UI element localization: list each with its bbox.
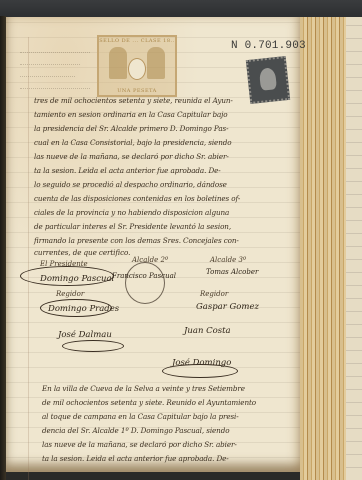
body-line: tamiento en sesion ordinaria en la Casa … xyxy=(34,110,228,119)
body-line: las nueve de la mañana, se declaró por d… xyxy=(34,152,229,161)
body-line: firmando la presente con los demas Sres.… xyxy=(34,236,239,245)
postage-stamp xyxy=(246,56,290,104)
body-line: la presidencia del Sr. Alcalde primero D… xyxy=(34,124,228,133)
signature-regidor-costa: Juan Costa xyxy=(184,326,231,336)
next-entry-line: de mil ochocientos setenta y siete. Reun… xyxy=(42,398,256,407)
serial-number: N 0.701.903 xyxy=(231,40,306,52)
signature-flourish xyxy=(162,364,238,378)
page-stack-edges xyxy=(300,17,362,480)
stamp-figure-right-icon xyxy=(147,47,165,79)
body-line: cuenta de las disposiciones contenidas e… xyxy=(34,194,240,203)
stamp-figure-left-icon xyxy=(109,47,127,79)
signature-alcalde3: Tomas Alcober xyxy=(206,268,258,276)
body-line: cual en la Casa Consistorial, bajo la pr… xyxy=(34,138,231,147)
next-entry-line: al toque de campana en la Casa Capitular… xyxy=(42,412,239,421)
signature-flourish xyxy=(62,340,124,352)
fiscal-stamp: SELLO DE ... CLASE 18.. UNA PESETA xyxy=(97,35,177,97)
margin-rule xyxy=(28,37,29,480)
body-line: ta la sesion. Leida el acta anterior fue… xyxy=(34,166,221,175)
portrait-bust-icon xyxy=(259,67,277,91)
signature-regidor-dalmau: José Dalmau xyxy=(58,330,112,340)
signature-regidor-gomez: Gaspar Gomez xyxy=(196,302,259,312)
next-entry-line: dencia del Sr. Alcalde 1º D. Domingo Pas… xyxy=(42,426,229,435)
stamp-bottom-text: UNA PESETA xyxy=(99,88,175,94)
body-line: currentes, de que certifico. xyxy=(34,248,130,257)
body-line: de particular interes el Sr. Presidente … xyxy=(34,222,231,231)
signature-label-alcalde3: Alcalde 3º xyxy=(210,256,246,264)
stamp-oval-icon xyxy=(128,58,146,80)
body-line: lo seguido se procedió al despacho ordin… xyxy=(34,180,227,189)
body-line: ciales de la provincia y no habiendo dis… xyxy=(34,208,229,217)
stamp-top-text: SELLO DE ... CLASE 18.. xyxy=(99,38,175,44)
next-entry-line: las nueve de la mañana, se declaró por d… xyxy=(42,440,237,449)
background-top-band xyxy=(0,0,362,18)
signature-label-regidor: Regidor xyxy=(200,290,228,298)
faded-line xyxy=(20,52,90,53)
signature-flourish xyxy=(125,262,165,304)
faded-line xyxy=(20,76,75,77)
signature-flourish xyxy=(20,266,114,286)
signature-flourish xyxy=(40,299,112,317)
faded-line xyxy=(20,64,80,65)
faded-line xyxy=(20,88,90,89)
next-entry-line: En la villa de Cueva de la Selva a veint… xyxy=(42,384,245,393)
next-entry-line: ta la sesion. Leida el acta anterior fue… xyxy=(42,454,229,463)
signature-label-regidor: Regidor xyxy=(56,290,84,298)
body-line: tres de mil ochocientos setenta y siete,… xyxy=(34,96,233,105)
